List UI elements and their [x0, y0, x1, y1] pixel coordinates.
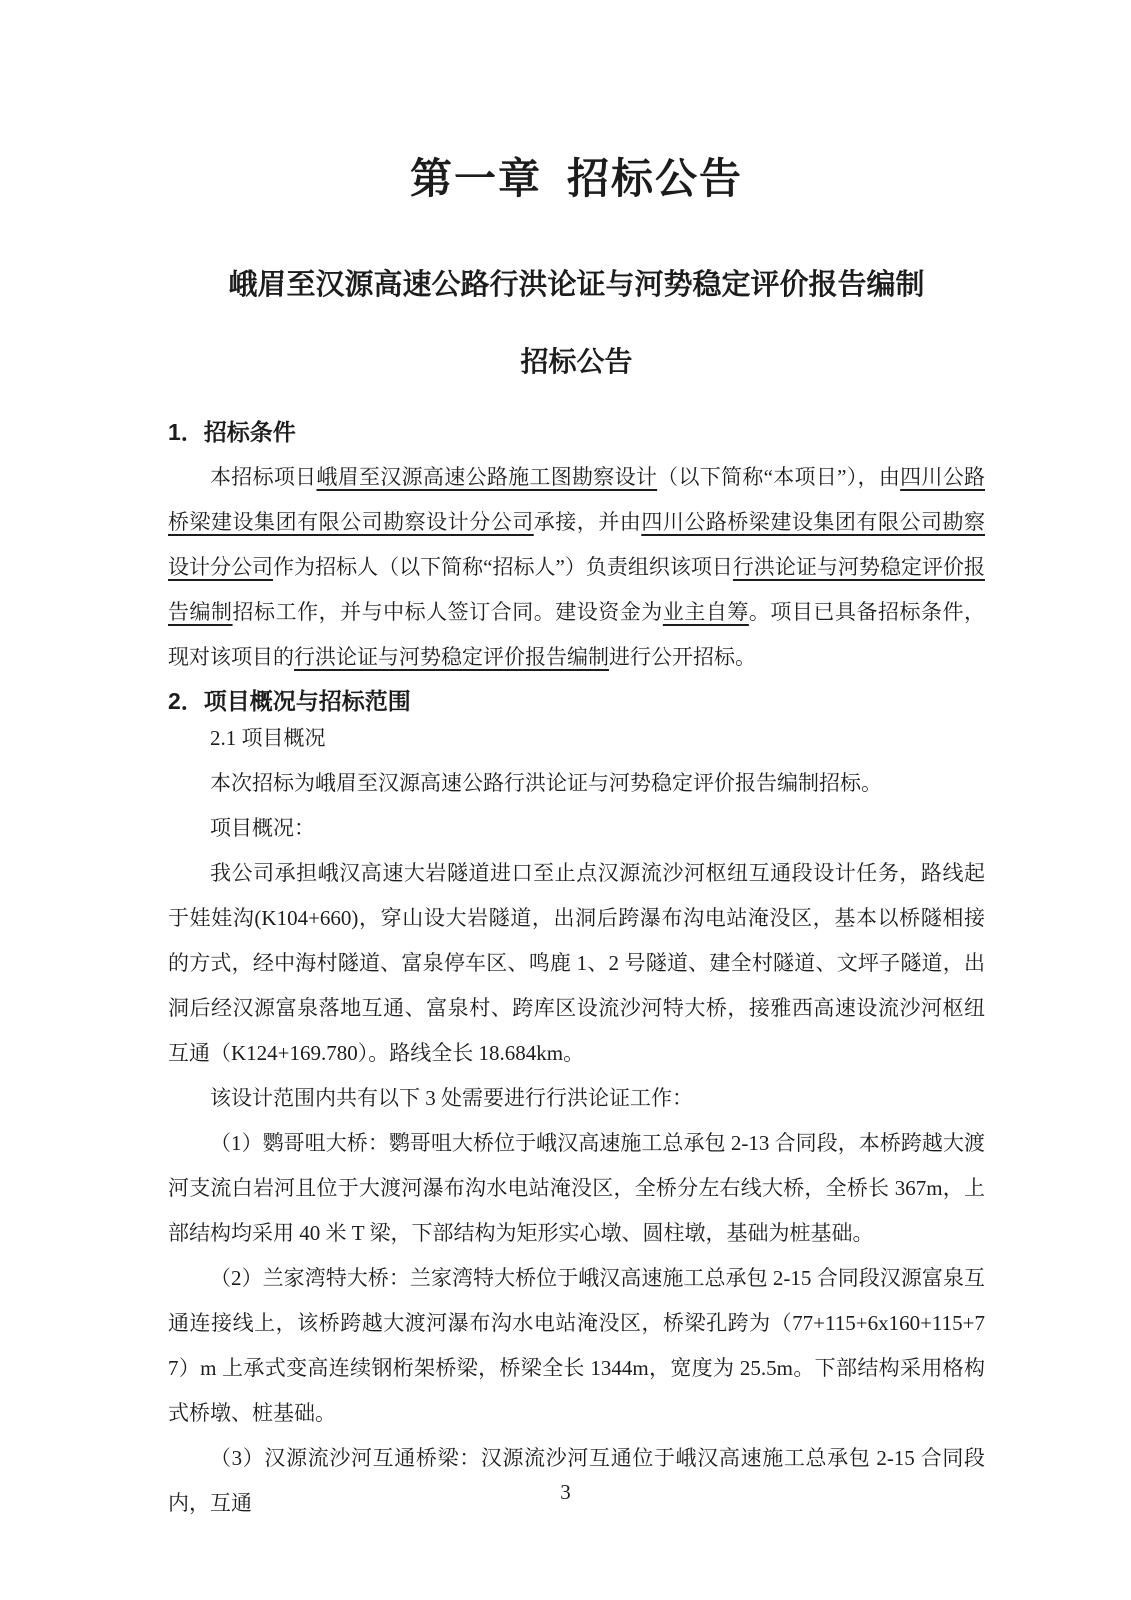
- notice-title: 招标公告: [168, 345, 985, 379]
- section-2-heading: 2．项目概况与招标范围: [168, 686, 985, 716]
- tender-conditions-paragraph: 本招标项日峨眉至汉源高速公路施工图勘察设计（以下简称“本项日”），由四川公路桥梁…: [168, 455, 985, 680]
- project-title: 峨眉至汉源高速公路行洪论证与河势稳定评价报告编制: [168, 267, 985, 303]
- document-page: 第一章 招标公告 峨眉至汉源高速公路行洪论证与河势稳定评价报告编制 招标公告 1…: [0, 0, 1131, 1600]
- underlined-phrase: 峨眉至汉源高速公路施工图勘察设计: [316, 465, 657, 489]
- project-overview-paragraph: 我公司承担峨汉高速大岩隧道进口至止点汉源流沙河枢纽互通段设计任务，路线起于娃娃沟…: [168, 851, 985, 1076]
- text-segment: 作为招标人（以下简称“招标人”）负责组织该项日: [273, 555, 733, 579]
- scope-note-paragraph: 该设计范围内共有以下 3 处需要进行行洪论证工作：: [168, 1076, 985, 1121]
- text-segment: 进行公开招标。: [609, 645, 756, 669]
- underlined-phrase: 业主自筹: [663, 600, 749, 624]
- project-overview-label: 项目概况：: [168, 806, 985, 851]
- text-segment: 招标工作，并与中标人签订合同。建设资金为: [233, 600, 663, 624]
- chapter-title: 第一章 招标公告: [168, 155, 985, 205]
- flood-item-2-paragraph: （2）兰家湾特大桥：兰家湾特大桥位于峨汉高速施工总承包 2-15 合同段汉源富泉…: [168, 1256, 985, 1436]
- underlined-phrase: 行洪论证与河势稳定评价报告编制: [294, 645, 609, 669]
- section-1-heading: 1．招标条件: [168, 417, 985, 447]
- project-intro-paragraph: 本次招标为峨眉至汉源高速公路行洪论证与河势稳定评价报告编制招标。: [168, 761, 985, 806]
- text-segment: 本招标项日: [210, 465, 316, 489]
- flood-item-1-paragraph: （1）鹦哥咀大桥：鹦哥咀大桥位于峨汉高速施工总承包 2-13 合同段，本桥跨越大…: [168, 1121, 985, 1256]
- page-number: 3: [0, 1480, 1131, 1505]
- text-segment: （以下简称“本项日”），由: [657, 465, 900, 489]
- subsection-2-1-heading: 2.1 项目概况: [168, 716, 985, 761]
- text-segment: 承接，并由: [534, 510, 642, 534]
